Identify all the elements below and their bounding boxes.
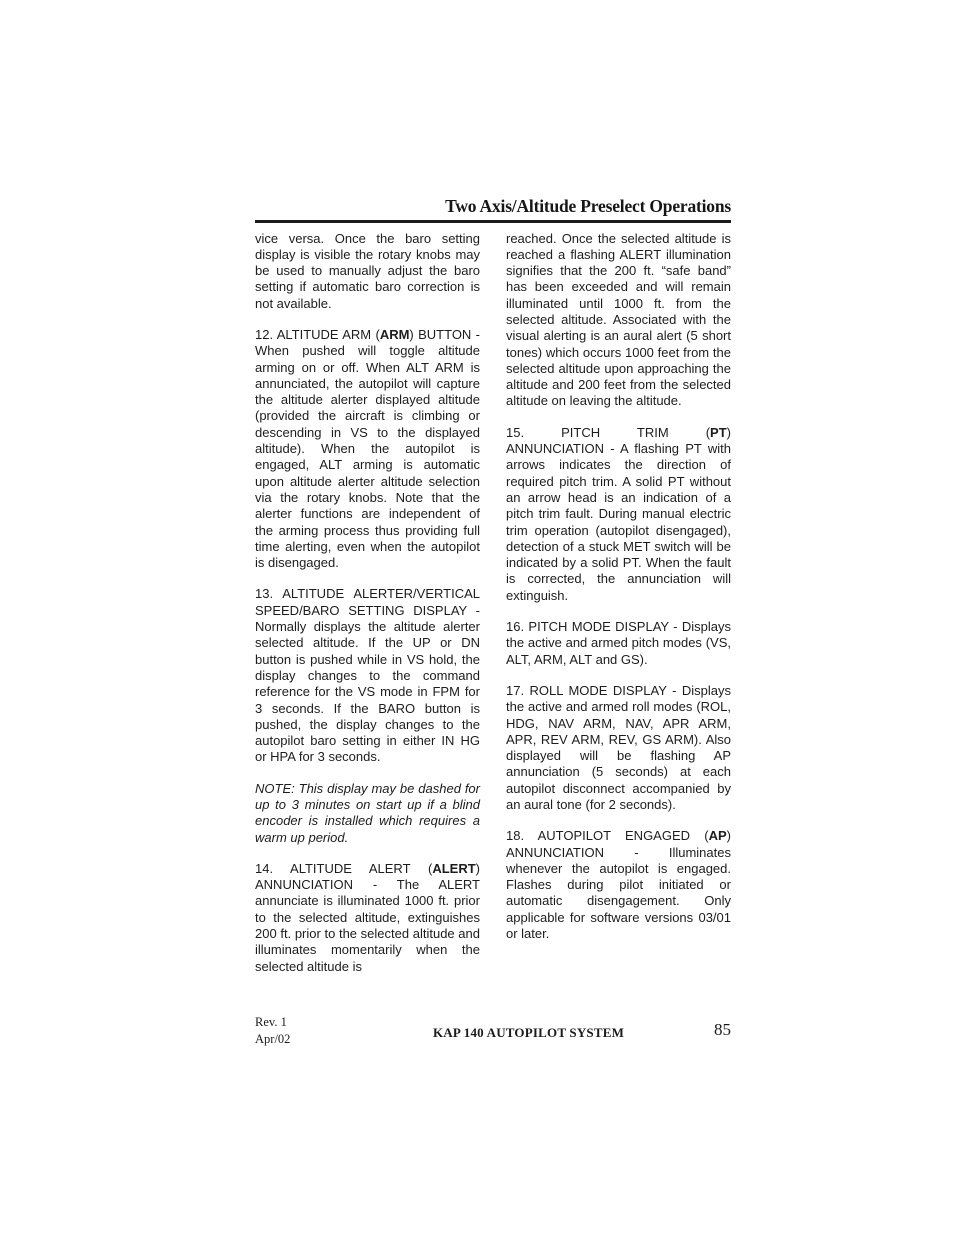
text-segment: NOTE: This display may be dashed for up … (255, 781, 480, 845)
revision-number: Rev. 1 (255, 1014, 290, 1031)
revision-date: Apr/02 (255, 1031, 290, 1048)
text-segment: ) BUTTON - When pushed will toggle altit… (255, 327, 480, 570)
note-paragraph: NOTE: This display may be dashed for up … (255, 781, 480, 846)
text-segment: ) ANNUNCIATION - A flashing PT with arro… (506, 425, 731, 603)
body-paragraph: 18. AUTOPILOT ENGAGED (AP) ANNUNCIATION … (506, 828, 731, 942)
text-segment: 18. AUTOPILOT ENGAGED ( (506, 828, 709, 843)
body-paragraph: 12. ALTITUDE ARM (ARM) BUTTON - When pus… (255, 327, 480, 571)
body-paragraph: vice versa. Once the baro setting displa… (255, 231, 480, 312)
text-segment: 15. PITCH TRIM ( (506, 425, 710, 440)
body-paragraph: 17. ROLL MODE DISPLAY - Displays the act… (506, 683, 731, 813)
text-segment: ) ANNUNCIATION - The ALERT annunciate is… (255, 861, 480, 974)
text-segment: 16. PITCH MODE DISPLAY - Displays the ac… (506, 619, 731, 667)
page-title: Two Axis/Altitude Preselect Operations (255, 196, 731, 216)
revision-block: Rev. 1 Apr/02 (255, 1014, 290, 1047)
text-segment: 14. ALTITUDE ALERT ( (255, 861, 432, 876)
left-column: vice versa. Once the baro setting displa… (255, 231, 480, 975)
body-paragraph: 15. PITCH TRIM (PT) ANNUNCIATION - A fla… (506, 425, 731, 604)
text-segment: ) ANNUNCIATION - Illuminates whenever th… (506, 828, 731, 941)
page-content: Two Axis/Altitude Preselect Operations v… (255, 196, 731, 975)
text-segment: reached. Once the selected altitude is r… (506, 231, 731, 409)
page-number: 85 (714, 1020, 731, 1040)
bold-term: ALERT (432, 861, 475, 876)
bold-term: ARM (380, 327, 410, 342)
bold-term: PT (710, 425, 727, 440)
right-column: reached. Once the selected altitude is r… (506, 231, 731, 975)
bold-term: AP (709, 828, 727, 843)
text-segment: 13. ALTITUDE ALERTER/VERTICAL SPEED/BARO… (255, 586, 480, 764)
manual-page: Two Axis/Altitude Preselect Operations v… (0, 0, 954, 1235)
text-segment: 17. ROLL MODE DISPLAY - Displays the act… (506, 683, 731, 812)
body-paragraph: reached. Once the selected altitude is r… (506, 231, 731, 410)
two-column-text: vice versa. Once the baro setting displa… (255, 231, 731, 975)
header-rule (255, 220, 731, 223)
page-footer: Rev. 1 Apr/02 KAP 140 AUTOPILOT SYSTEM 8… (255, 1012, 731, 1056)
text-segment: 12. ALTITUDE ARM ( (255, 327, 380, 342)
body-paragraph: 14. ALTITUDE ALERT (ALERT) ANNUNCIATION … (255, 861, 480, 975)
body-paragraph: 16. PITCH MODE DISPLAY - Displays the ac… (506, 619, 731, 668)
text-segment: vice versa. Once the baro setting displa… (255, 231, 480, 311)
document-title: KAP 140 AUTOPILOT SYSTEM (433, 1025, 624, 1041)
body-paragraph: 13. ALTITUDE ALERTER/VERTICAL SPEED/BARO… (255, 586, 480, 765)
